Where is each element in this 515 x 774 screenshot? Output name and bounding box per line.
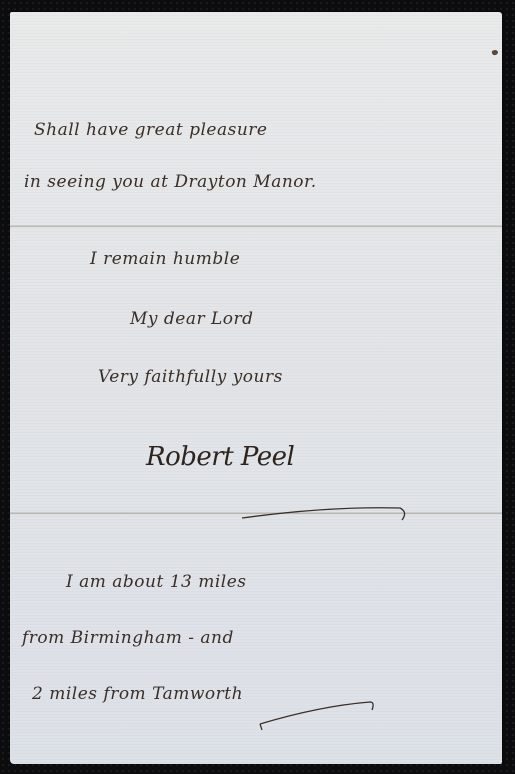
postscript-line: from Birmingham - and bbox=[22, 628, 234, 648]
fold-crease bbox=[10, 225, 502, 228]
fold-crease bbox=[10, 512, 502, 515]
postscript-line: I am about 13 miles bbox=[66, 572, 247, 592]
postscript-line: 2 miles from Tamworth bbox=[32, 684, 243, 704]
letter-line: in seeing you at Drayton Manor. bbox=[24, 172, 317, 192]
salutation-line: My dear Lord bbox=[130, 309, 254, 329]
ink-blot bbox=[491, 49, 498, 56]
letter-paper: Shall have great pleasure in seeing you … bbox=[10, 12, 502, 764]
letter-line: Shall have great pleasure bbox=[34, 120, 267, 140]
letter-line: I remain humble bbox=[90, 249, 240, 269]
signature: Robert Peel bbox=[146, 442, 294, 472]
closing-line: Very faithfully yours bbox=[98, 367, 283, 387]
